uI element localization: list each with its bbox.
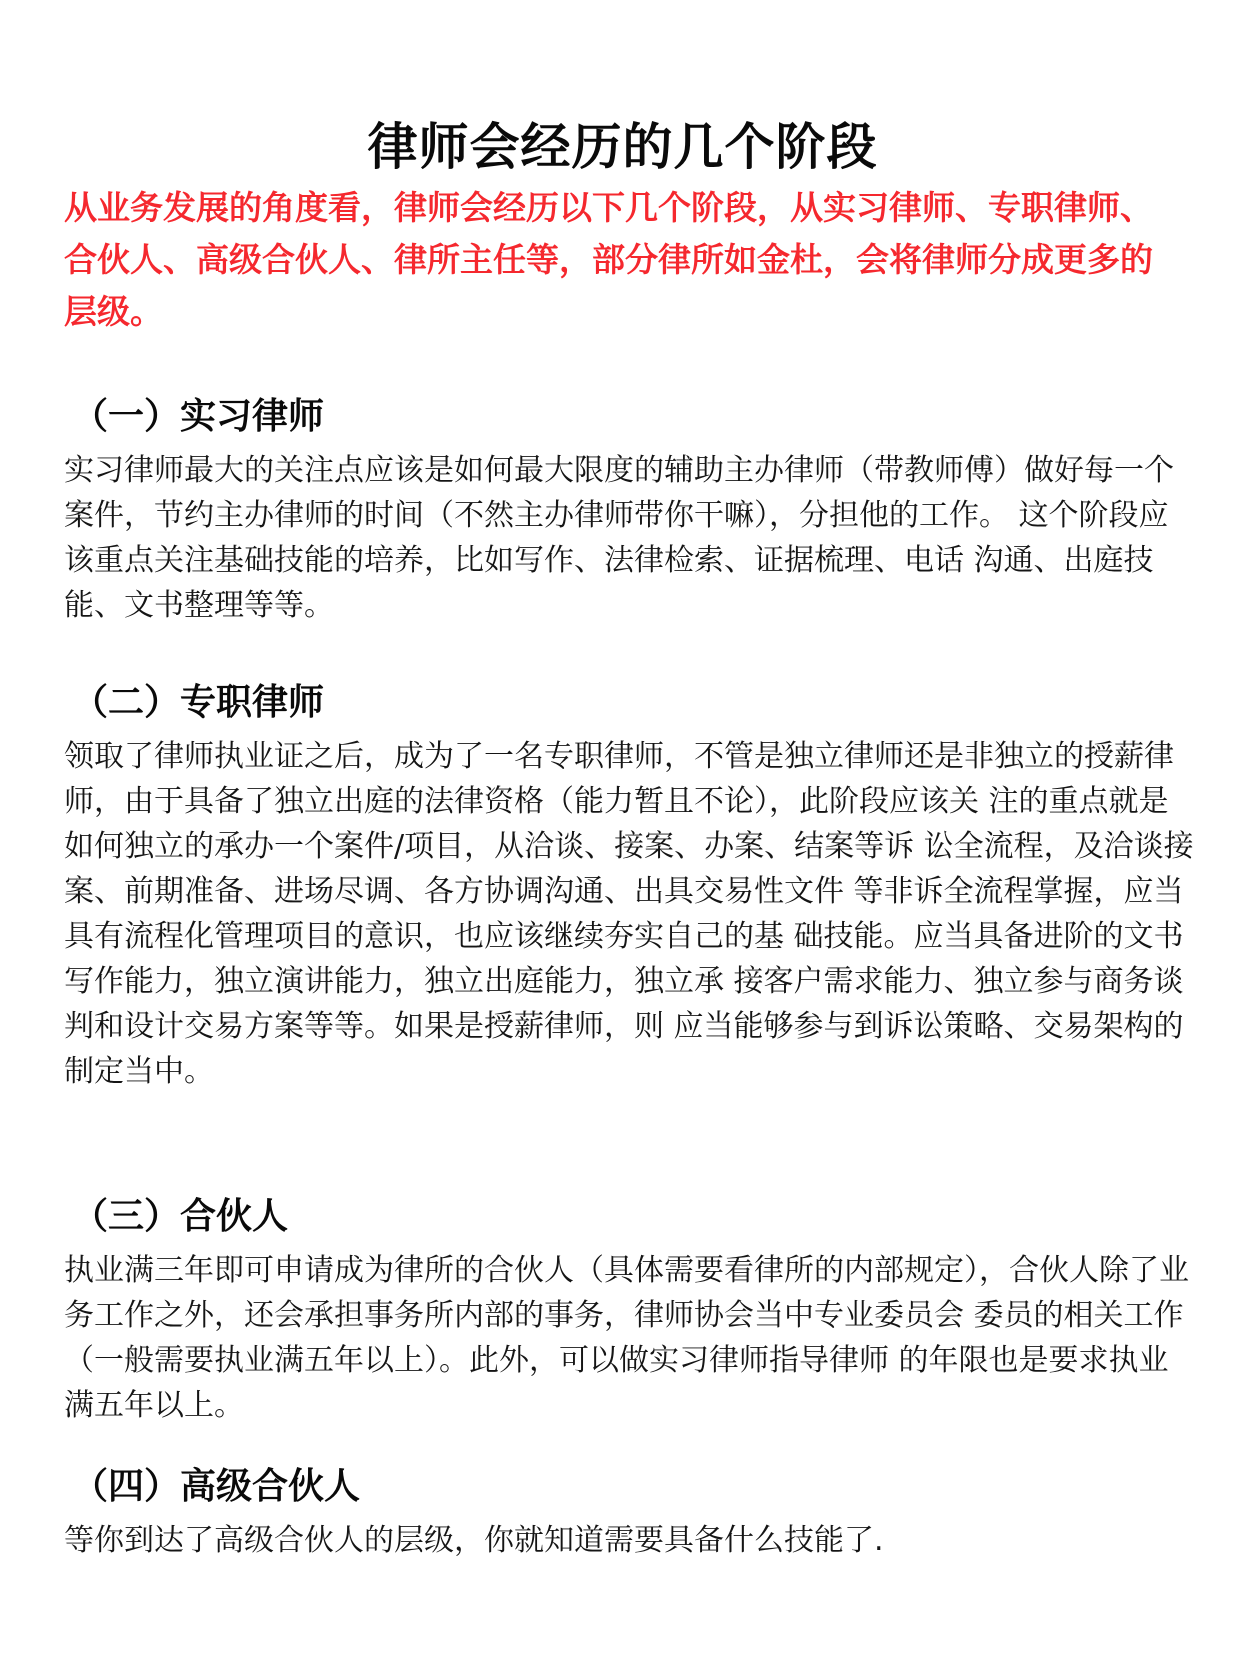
section-body: 实习律师最大的关注点应该是如何最大限度的辅助主办律师（带教师傅）做好每一个案件，… — [64, 448, 1194, 628]
page-title: 律师会经历的几个阶段 — [0, 112, 1245, 182]
intro-paragraph: 从业务发展的角度看，律师会经历以下几个阶段，从实习律师、专职律师、 合伙人、高级… — [64, 182, 1184, 338]
section-senior-partner: （四）高级合伙人 等你到达了高级合伙人的层级，你就知道需要具备什么技能了. — [64, 1460, 1194, 1563]
section-heading: （二）专职律师 — [72, 676, 1194, 730]
section-intern-lawyer: （一）实习律师 实习律师最大的关注点应该是如何最大限度的辅助主办律师（带教师傅）… — [64, 390, 1194, 628]
document-page: 律师会经历的几个阶段 从业务发展的角度看，律师会经历以下几个阶段，从实习律师、专… — [0, 0, 1245, 1660]
section-full-time-lawyer: （二）专职律师 领取了律师执业证之后，成为了一名专职律师，不管是独立律师还是非独… — [64, 676, 1194, 1094]
section-partner: （三）合伙人 执业满三年即可申请成为律所的合伙人（具体需要看律所的内部规定），合… — [64, 1190, 1194, 1428]
section-body: 等你到达了高级合伙人的层级，你就知道需要具备什么技能了. — [64, 1518, 1194, 1563]
section-heading: （三）合伙人 — [72, 1190, 1194, 1244]
section-body: 领取了律师执业证之后，成为了一名专职律师，不管是独立律师还是非独立的授薪律师，由… — [64, 734, 1194, 1094]
section-heading: （一）实习律师 — [72, 390, 1194, 444]
section-heading: （四）高级合伙人 — [72, 1460, 1194, 1514]
section-body: 执业满三年即可申请成为律所的合伙人（具体需要看律所的内部规定），合伙人除了业务工… — [64, 1248, 1194, 1428]
